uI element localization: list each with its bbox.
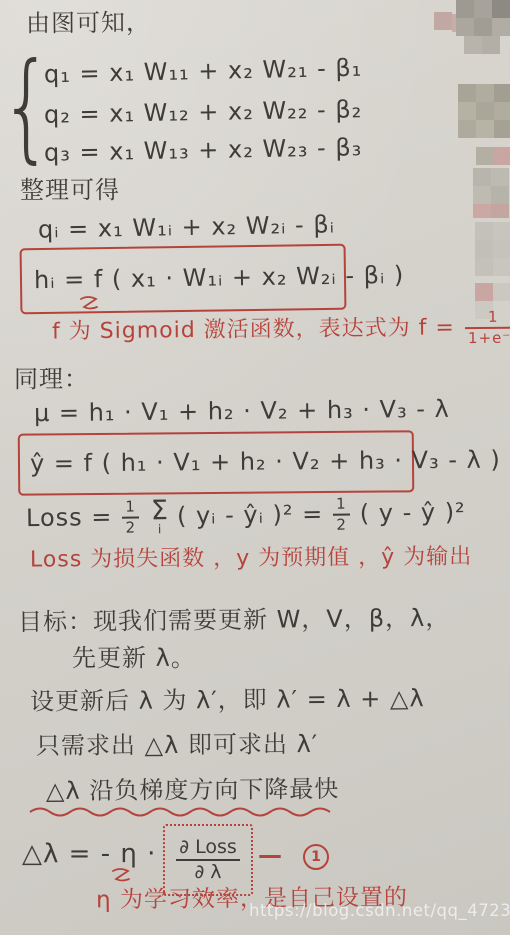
loss-tail: ( y - ŷ )²: [360, 499, 466, 528]
one-half-fraction: 1 2: [122, 500, 139, 536]
censor-mosaic-right-1: [458, 84, 476, 102]
half-numerator: 1: [333, 497, 350, 514]
censor-mosaic-top-right: [456, 0, 474, 18]
csdn-watermark: https://blog.csdn.net/qq_47233366: [249, 901, 510, 920]
red-footnote-mark-under-f: [80, 296, 98, 311]
equation-mu: μ = h₁ · V₁ + h₂ · V₂ + h₃ · V₃ - λ: [34, 396, 450, 428]
dloss-numerator: ∂ Loss: [176, 838, 240, 859]
loss-middle: ( yᵢ - ŷᵢ )² =: [177, 501, 324, 531]
yhat-equation-redbox: ŷ = f ( h₁ · V₁ + h₂ · V₂ + h₃ · V₃ - λ …: [18, 430, 415, 495]
tidy-heading: 整理可得: [20, 177, 120, 205]
equation-hi: hᵢ = f ( x₁ · W₁ᵢ + x₂ W₂ᵢ - βᵢ ): [22, 262, 405, 295]
half-numerator: 1: [122, 500, 139, 517]
sigmoid-fraction: 1 1+e⁻ˣ: [465, 310, 510, 347]
sigmoid-fraction-denominator: 1+e⁻ˣ: [465, 329, 510, 347]
red-wavy-underline: [28, 806, 348, 818]
note-line-intro: 由图可知，: [26, 9, 151, 38]
equation-yhat: ŷ = f ( h₁ · V₁ + h₂ · V₂ + h₃ · V₃ - λ …: [20, 447, 501, 479]
dlambda-denominator: ∂ λ: [191, 861, 224, 882]
solve-line: 只需求出 △λ 即可求出 λ′: [36, 731, 318, 761]
partial-derivative-fraction: ∂ Loss ∂ λ: [176, 838, 240, 882]
equation-pointer-dash: —: [258, 842, 283, 870]
half-denominator: 2: [333, 516, 350, 533]
equation-loss: Loss = 1 2 Σ i ( yᵢ - ŷᵢ )² = 1 2 ( y - …: [26, 495, 466, 537]
equation-number: 1: [311, 849, 321, 865]
equation-q3: q₃ = x₁ W₁₃ + x₂ W₂₃ - β₃: [44, 134, 363, 167]
censor-mosaic-right-2: [473, 168, 491, 186]
equation-number-badge: 1: [303, 844, 329, 870]
sigmoid-fraction-numerator: 1: [485, 310, 502, 327]
equation-q1: q₁ = x₁ W₁₁ + x₂ W₂₁ - β₁: [44, 55, 363, 89]
goal-line-2: 先更新 λ。: [72, 645, 196, 673]
update-rule-line: 设更新后 λ 为 λ′，即 λ′ = λ + △λ: [30, 685, 425, 716]
loss-annotation: Loss 为损失函数 ，y 为预期值 ，ŷ 为输出: [30, 544, 472, 572]
one-half-fraction-2: 1 2: [333, 497, 350, 533]
loss-prefix: Loss =: [26, 504, 113, 533]
summation-symbol: Σ i: [151, 499, 170, 536]
delta-lambda-lhs: △λ = - η ·: [22, 840, 156, 870]
red-footnote-mark-under-eta: [112, 868, 130, 883]
equation-qi: qᵢ = x₁ W₁ᵢ + x₂ W₂ᵢ - βᵢ: [38, 211, 335, 244]
sigmoid-annotation-text: f 为 Sigmoid 激活函数，表达式为 f =: [52, 316, 455, 346]
similarly-heading: 同理：: [14, 366, 89, 394]
half-denominator: 2: [122, 519, 139, 536]
sigma-glyph: Σ: [151, 499, 169, 524]
handwritten-note-photo: 由图可知， { q₁ = x₁ W₁₁ + x₂ W₂₁ - β₁ q₂ = x…: [0, 0, 510, 935]
hi-equation-redbox: hᵢ = f ( x₁ · W₁ᵢ + x₂ W₂ᵢ - βᵢ ): [20, 244, 347, 315]
sigmoid-annotation: f 为 Sigmoid 激活函数，表达式为 f = 1 1+e⁻ˣ: [52, 310, 510, 351]
equation-q2: q₂ = x₁ W₁₂ + x₂ W₂₂ - β₂: [44, 96, 363, 129]
gradient-statement: △λ 沿负梯度方向下降最快: [46, 776, 339, 806]
sigma-index: i: [158, 523, 163, 535]
goal-line-1: 目标：现我们需要更新 W，V，β，λ，: [18, 605, 451, 637]
censor-mosaic-right-3: [475, 222, 493, 240]
